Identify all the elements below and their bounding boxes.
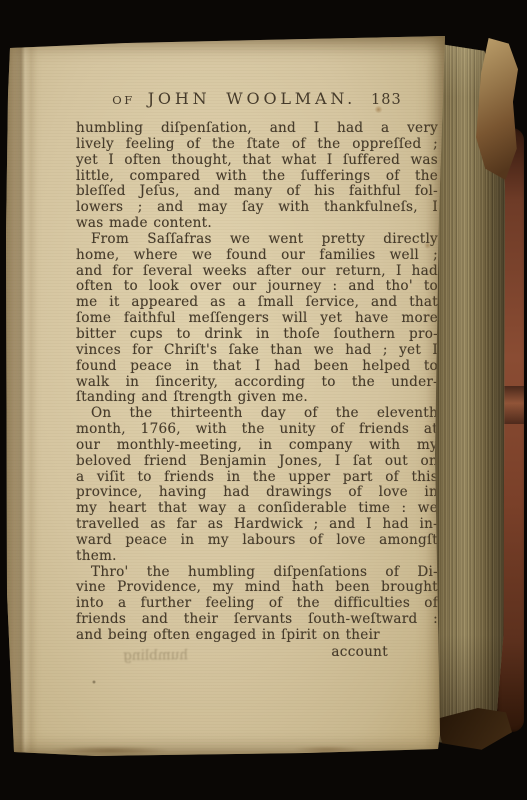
text-line: province, having had drawings of love in	[76, 485, 438, 501]
text-area: humbling diſpenſation, and I had a veryl…	[76, 121, 438, 660]
text-line: our monthly-meeting, in company with my	[76, 438, 438, 454]
text-line: ſome faithful meſſengers will yet have m…	[76, 311, 438, 327]
text-line: home, where we found our families well ;	[76, 248, 438, 264]
text-line: friends and their ſervants ſouth-weſtwar…	[76, 612, 438, 628]
text-line: them.	[76, 549, 438, 565]
page-number: 183	[371, 92, 402, 108]
text-line: lowers ; and may ſay with thankfulneſs, …	[76, 200, 438, 216]
edge-smudge	[52, 746, 168, 755]
scanned-book-photo: OF JOHN WOOLMAN. 183 humbling diſpenſati…	[0, 0, 527, 800]
text-line: On the thirteenth day of the eleventh	[76, 406, 438, 422]
text-line: and being often engaged in ſpirit on the…	[76, 628, 438, 644]
text-line: often to look over our journey : and tho…	[76, 279, 438, 295]
text-line: humbling diſpenſation, and I had a very	[76, 121, 438, 137]
text-line: vine Providence, my mind hath been broug…	[76, 580, 438, 596]
text-line: little, compared with the ſufferings of …	[76, 169, 438, 185]
text-line: into a further feeling of the difficulti…	[76, 596, 438, 612]
foxing-spot	[92, 680, 96, 684]
text-block: humbling diſpenſation, and I had a veryl…	[76, 121, 438, 644]
edge-smudge	[294, 746, 360, 753]
text-line: ward peace in my labours of love amongſt	[76, 533, 438, 549]
text-line: lively feeling of the ſtate of the oppre…	[76, 137, 438, 153]
show-through-ghost-text: humbling	[58, 647, 188, 664]
text-line: Thro' the humbling diſpenſations of Di-	[76, 565, 438, 581]
text-line: beloved friend Benjamin Jones, I ſat out…	[76, 454, 438, 470]
running-head-title: JOHN WOOLMAN.	[148, 89, 356, 108]
running-head: OF JOHN WOOLMAN. 183	[76, 89, 438, 108]
text-line: travelled as far as Hardwick ; and I had…	[76, 517, 438, 533]
text-line: vinces for Chriſt's ſake than we had ; y…	[76, 343, 438, 359]
text-line: and for ſeveral weeks after our return, …	[76, 264, 438, 280]
text-line: my heart that way a conſiderable time : …	[76, 501, 438, 517]
text-line: me it appeared as a ſmall ſervice, and t…	[76, 295, 438, 311]
running-head-prefix: OF	[112, 93, 134, 107]
book-page: OF JOHN WOOLMAN. 183 humbling diſpenſati…	[6, 34, 446, 758]
text-line: yet I often thought, that what I ſuffere…	[76, 153, 438, 169]
text-line: a viſit to friends in the upper part of …	[76, 470, 438, 486]
text-line: was made content.	[76, 216, 438, 232]
text-line: ſtanding and ſtrength given me.	[76, 390, 438, 406]
text-line: found peace in that I had been helped to	[76, 359, 438, 375]
text-line: bitter cups to drink in thoſe ſouthern p…	[76, 327, 438, 343]
text-line: month, 1766, with the unity of friends a…	[76, 422, 438, 438]
text-line: bleſſed Jeſus, and many of his faithful …	[76, 184, 438, 200]
gutter-crease	[6, 34, 38, 758]
text-line: From Saſſafras we went pretty directly	[76, 232, 438, 248]
text-line: walk in ſincerity, according to the unde…	[76, 375, 438, 391]
